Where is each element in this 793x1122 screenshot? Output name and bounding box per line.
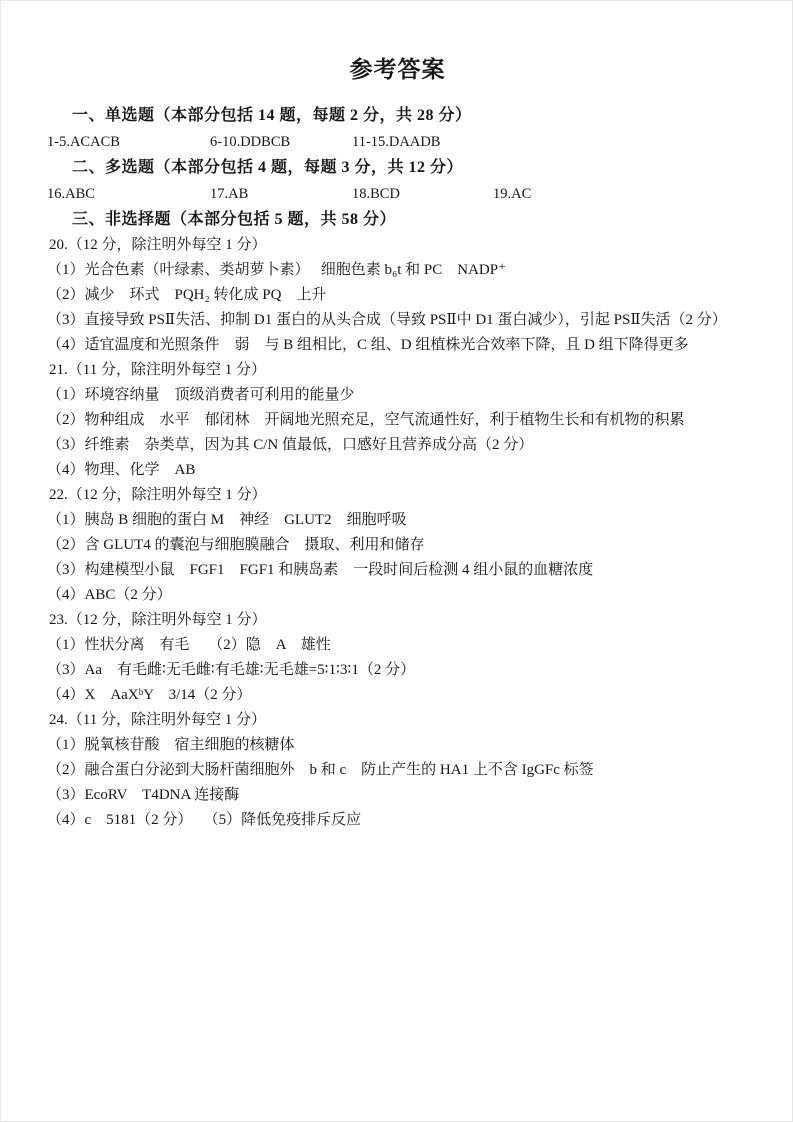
answer-range-6-10: 6-10.DDBCB [210,129,352,155]
answer-key-page: 参考答案 一、单选题（本部分包括 14 题，每题 2 分，共 28 分） 1-5… [1,1,793,1122]
question-22-answer-4: （4）ABC（2 分） [47,583,748,608]
question-21-answer-2: （2）物种组成 水平 郁闭林 开阔地光照充足，空气流通性好，利于植物生长和有机物… [47,408,748,433]
question-20-answer-4: （4）适宜温度和光照条件 弱 与 B 组相比，C 组、D 组植株光合效率下降，且… [47,333,748,358]
question-24-answer-1: （1）脱氧核苷酸 宿主细胞的核糖体 [47,733,748,758]
question-22: 22.（12 分，除注明外每空 1 分） （1）胰岛 B 细胞的蛋白 M 神经 … [47,483,748,608]
answer-q18: 18.BCD [352,181,493,207]
question-24: 24.（11 分，除注明外每空 1 分） （1）脱氧核苷酸 宿主细胞的核糖体 （… [47,708,748,833]
question-21-header: 21.（11 分，除注明外每空 1 分） [47,358,748,383]
question-21-answer-4: （4）物理、化学 AB [47,458,748,483]
question-20-answer-2: （2）减少 环式 PQH₂ 转化成 PQ 上升 [47,283,748,308]
question-21-answer-1: （1）环境容纳量 顶级消费者可利用的能量少 [47,383,748,408]
multi-choice-answer-row: 16.ABC 17.AB 18.BCD 19.AC [47,181,748,207]
section-heading-multi-choice: 二、多选题（本部分包括 4 题，每题 3 分，共 12 分） [72,155,748,181]
question-24-header: 24.（11 分，除注明外每空 1 分） [47,708,748,733]
question-23-answer-1-2: （1）性状分离 有毛 （2）隐 A 雄性 [47,633,748,658]
question-22-answer-3: （3）构建模型小鼠 FGF1 FGF1 和胰岛素 一段时间后检测 4 组小鼠的血… [47,558,748,583]
question-24-answer-2: （2）融合蛋白分泌到大肠杆菌细胞外 b 和 c 防止产生的 HA1 上不含 Ig… [47,758,748,783]
answer-range-11-15: 11-15.DAADB [352,129,493,155]
question-24-answer-3: （3）EcoRV T4DNA 连接酶 [47,783,748,808]
answer-q17: 17.AB [210,181,352,207]
question-23: 23.（12 分，除注明外每空 1 分） （1）性状分离 有毛 （2）隐 A 雄… [47,608,748,708]
question-22-header: 22.（12 分，除注明外每空 1 分） [47,483,748,508]
question-20: 20.（12 分，除注明外每空 1 分） （1）光合色素（叶绿素、类胡萝卜素） … [47,233,748,358]
answer-q16: 16.ABC [47,181,210,207]
answer-range-empty [493,129,748,155]
question-22-answer-2: （2）含 GLUT4 的囊泡与细胞膜融合 摄取、利用和储存 [47,533,748,558]
section-heading-single-choice: 一、单选题（本部分包括 14 题，每题 2 分，共 28 分） [72,103,748,129]
section-heading-non-choice: 三、非选择题（本部分包括 5 题，共 58 分） [72,207,748,233]
single-choice-answer-row: 1-5.ACACB 6-10.DDBCB 11-15.DAADB [47,129,748,155]
question-20-header: 20.（12 分，除注明外每空 1 分） [47,233,748,258]
question-20-answer-3: （3）直接导致 PSⅡ失活、抑制 D1 蛋白的从头合成（导致 PSⅡ中 D1 蛋… [47,308,748,333]
question-20-answer-1: （1）光合色素（叶绿素、类胡萝卜素） 细胞色素 b₆t 和 PC NADP⁺ [47,258,748,283]
question-21-answer-3: （3）纤维素 杂类草，因为其 C/N 值最低，口感好且营养成分高（2 分） [47,433,748,458]
page-title: 参考答案 [47,55,748,85]
question-23-answer-4: （4）X AaXᵇY 3/14（2 分） [47,683,748,708]
question-21: 21.（11 分，除注明外每空 1 分） （1）环境容纳量 顶级消费者可利用的能… [47,358,748,483]
answer-range-1-5: 1-5.ACACB [47,129,210,155]
answer-q19: 19.AC [493,181,748,207]
question-23-header: 23.（12 分，除注明外每空 1 分） [47,608,748,633]
question-22-answer-1: （1）胰岛 B 细胞的蛋白 M 神经 GLUT2 细胞呼吸 [47,508,748,533]
question-23-answer-3: （3）Aa 有毛雌∶无毛雌∶有毛雄∶无毛雄=5∶1∶3∶1（2 分） [47,658,748,683]
question-24-answer-4-5: （4）c 5181（2 分） （5）降低免疫排斥反应 [47,808,748,833]
